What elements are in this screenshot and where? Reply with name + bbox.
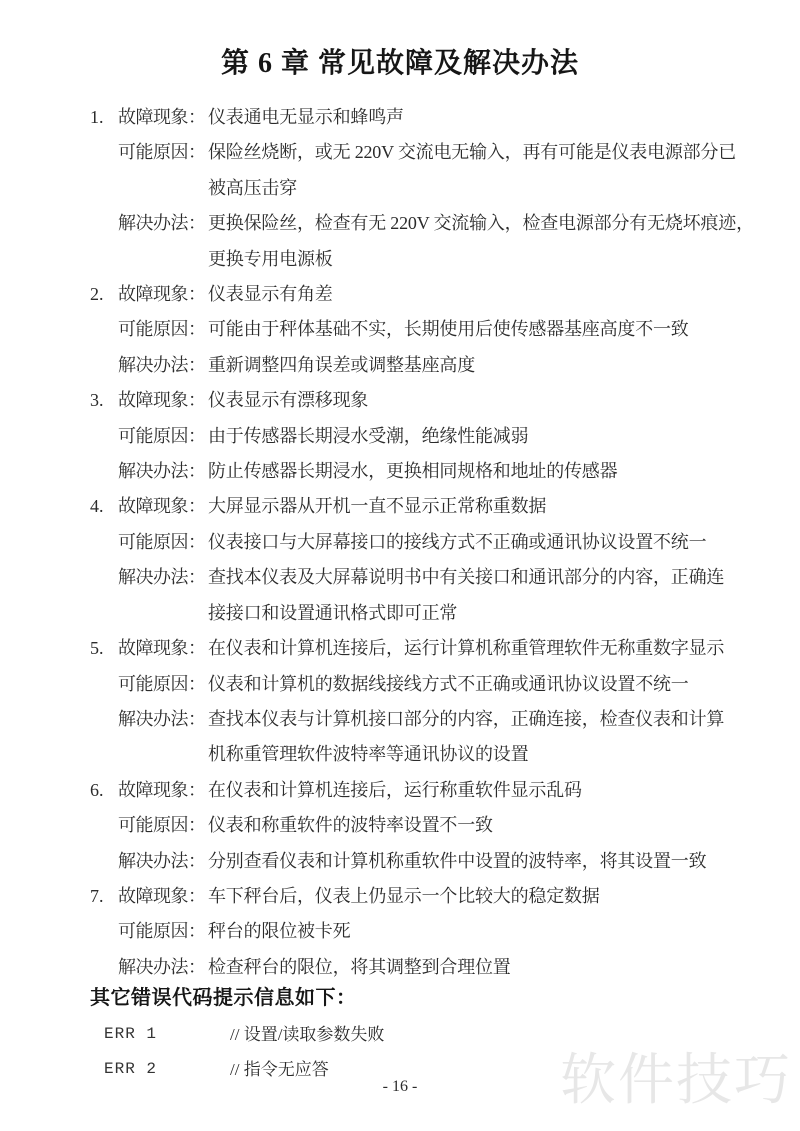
item-number: 2. [90, 277, 118, 312]
phenomenon-label: 故障现象： [118, 383, 208, 418]
phenomenon-text: 在仪表和计算机连接后，运行计算机称重管理软件无称重数字显示 [208, 631, 724, 666]
error-code-section: 其它错误代码提示信息如下： ERR 1 // 设置/读取参数失败 ERR 2 /… [0, 979, 800, 1087]
solution-text: 防止传感器长期浸水，更换相同规格和地址的传感器 [208, 454, 617, 489]
item-number: 1. [90, 100, 118, 135]
item-number: 3. [90, 383, 118, 418]
item-number: 5. [90, 631, 118, 666]
cause-text: 保险丝烧断，或无 220V 交流电无输入，再有可能是仪表电源部分已 [208, 135, 736, 170]
solution-label: 解决办法： [118, 702, 208, 737]
manual-page: 第 6 章 常见故障及解决办法 1. 故障现象： 仪表通电无显示和蜂鸣声 可能原… [0, 0, 800, 1131]
cause-text: 仪表接口与大屏幕接口的接线方式不正确或通讯协议设置不统一 [208, 525, 706, 560]
cause-text: 仪表和称重软件的波特率设置不一致 [208, 808, 493, 843]
solution-text: 重新调整四角误差或调整基座高度 [208, 348, 475, 383]
cause-text: 被高压击穿 [208, 171, 297, 206]
solution-label: 解决办法： [118, 560, 208, 595]
solution-text: 更换保险丝，检查有无 220V 交流输入，检查电源部分有无烧坏痕迹， [208, 206, 754, 241]
cause-text: 由于传感器长期浸水受潮，绝缘性能减弱 [208, 419, 528, 454]
cause-row: 可能原因： 仪表和计算机的数据线接线方式不正确或通讯协议设置不统一 [90, 667, 740, 702]
solution-label: 解决办法： [118, 454, 208, 489]
phenomenon-text: 大屏显示器从开机一直不显示正常称重数据 [208, 489, 546, 524]
solution-label: 解决办法： [118, 206, 208, 241]
fault-item-row: 1. 故障现象： 仪表通电无显示和蜂鸣声 [90, 100, 740, 135]
page-title: 第 6 章 常见故障及解决办法 [0, 0, 800, 84]
solution-text: 查找本仪表及大屏幕说明书中有关接口和通讯部分的内容，正确连 [208, 560, 724, 595]
fault-item-row: 5. 故障现象： 在仪表和计算机连接后，运行计算机称重管理软件无称重数字显示 [90, 631, 740, 666]
solution-row: 解决办法： 防止传感器长期浸水，更换相同规格和地址的传感器 [90, 454, 740, 489]
cause-row: 可能原因： 仪表和称重软件的波特率设置不一致 [90, 808, 740, 843]
solution-text: 更换专用电源板 [208, 242, 333, 277]
solution-row: 解决办法： 查找本仪表及大屏幕说明书中有关接口和通讯部分的内容，正确连 [90, 560, 740, 595]
fault-item-row: 4. 故障现象： 大屏显示器从开机一直不显示正常称重数据 [90, 489, 740, 524]
solution-row: 解决办法： 重新调整四角误差或调整基座高度 [90, 348, 740, 383]
cause-label: 可能原因： [118, 525, 208, 560]
error-comment: // 设置/读取参数失败 [230, 1017, 384, 1052]
solution-label: 解决办法： [118, 844, 208, 879]
fault-item-row: 2. 故障现象： 仪表显示有角差 [90, 277, 740, 312]
solution-continuation-row: 接接口和设置通讯格式即可正常 [90, 596, 740, 631]
fault-item-row: 7. 故障现象： 车下秤台后，仪表上仍显示一个比较大的稳定数据 [90, 879, 740, 914]
cause-label: 可能原因： [118, 914, 208, 949]
cause-row: 可能原因： 由于传感器长期浸水受潮，绝缘性能减弱 [90, 419, 740, 454]
cause-label: 可能原因： [118, 135, 208, 170]
page-number: - 16 - [0, 1078, 800, 1096]
phenomenon-text: 仪表通电无显示和蜂鸣声 [208, 100, 404, 135]
cause-row: 可能原因： 可能由于秤体基础不实，长期使用后使传感器基座高度不一致 [90, 312, 740, 347]
phenomenon-text: 车下秤台后，仪表上仍显示一个比较大的稳定数据 [208, 879, 600, 914]
cause-label: 可能原因： [118, 808, 208, 843]
fault-item-row: 3. 故障现象： 仪表显示有漂移现象 [90, 383, 740, 418]
solution-label: 解决办法： [118, 348, 208, 383]
cause-text: 可能由于秤体基础不实，长期使用后使传感器基座高度不一致 [208, 312, 689, 347]
cause-label: 可能原因： [118, 312, 208, 347]
item-number: 7. [90, 879, 118, 914]
phenomenon-label: 故障现象： [118, 489, 208, 524]
cause-text: 秤台的限位被卡死 [208, 914, 350, 949]
cause-continuation-row: 被高压击穿 [90, 171, 740, 206]
cause-row: 可能原因： 保险丝烧断，或无 220V 交流电无输入，再有可能是仪表电源部分已 [90, 135, 740, 170]
phenomenon-label: 故障现象： [118, 277, 208, 312]
phenomenon-text: 在仪表和计算机连接后，运行称重软件显示乱码 [208, 773, 582, 808]
solution-text: 查找本仪表与计算机接口部分的内容，正确连接，检查仪表和计算 [208, 702, 724, 737]
phenomenon-label: 故障现象： [118, 773, 208, 808]
cause-row: 可能原因： 仪表接口与大屏幕接口的接线方式不正确或通讯协议设置不统一 [90, 525, 740, 560]
fault-item-row: 6. 故障现象： 在仪表和计算机连接后，运行称重软件显示乱码 [90, 773, 740, 808]
fault-list: 1. 故障现象： 仪表通电无显示和蜂鸣声 可能原因： 保险丝烧断，或无 220V… [0, 100, 800, 985]
phenomenon-label: 故障现象： [118, 879, 208, 914]
solution-text: 机称重管理软件波特率等通讯协议的设置 [208, 737, 528, 772]
phenomenon-label: 故障现象： [118, 631, 208, 666]
phenomenon-text: 仪表显示有角差 [208, 277, 333, 312]
solution-row: 解决办法： 查找本仪表与计算机接口部分的内容，正确连接，检查仪表和计算 [90, 702, 740, 737]
phenomenon-label: 故障现象： [118, 100, 208, 135]
item-number: 4. [90, 489, 118, 524]
cause-label: 可能原因： [118, 419, 208, 454]
cause-row: 可能原因： 秤台的限位被卡死 [90, 914, 740, 949]
solution-text: 分别查看仪表和计算机称重软件中设置的波特率，将其设置一致 [208, 844, 706, 879]
phenomenon-text: 仪表显示有漂移现象 [208, 383, 368, 418]
solution-row: 解决办法： 更换保险丝，检查有无 220V 交流输入，检查电源部分有无烧坏痕迹， [90, 206, 740, 241]
solution-row: 解决办法： 分别查看仪表和计算机称重软件中设置的波特率，将其设置一致 [90, 844, 740, 879]
item-number: 6. [90, 773, 118, 808]
solution-continuation-row: 机称重管理软件波特率等通讯协议的设置 [90, 737, 740, 772]
solution-text: 接接口和设置通讯格式即可正常 [208, 596, 457, 631]
cause-text: 仪表和计算机的数据线接线方式不正确或通讯协议设置不统一 [208, 667, 689, 702]
error-code: ERR 1 [104, 1017, 230, 1052]
error-code-row: ERR 1 // 设置/读取参数失败 [90, 1017, 800, 1052]
cause-label: 可能原因： [118, 667, 208, 702]
solution-continuation-row: 更换专用电源板 [90, 242, 740, 277]
